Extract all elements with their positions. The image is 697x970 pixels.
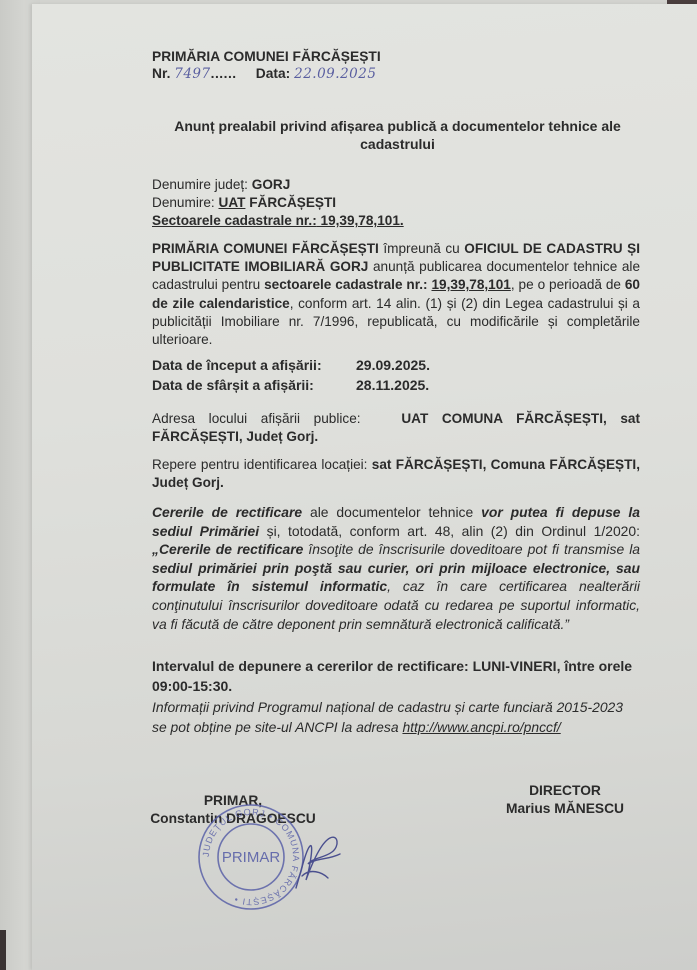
end-date-label: Data de sfârșit a afișării: <box>152 375 356 395</box>
uat-label: Denumire: <box>152 195 215 210</box>
text: și, totodată, conform art. 48, alin (2) … <box>259 523 640 539</box>
background-edge <box>0 930 6 970</box>
text-bold: PRIMĂRIA COMUNEI FĂRCĂȘEȘTI <box>152 241 379 256</box>
county-value: GORJ <box>252 177 291 192</box>
institution-name: PRIMĂRIA COMUNEI FĂRCĂȘEȘTI <box>152 48 640 65</box>
sectors-value: 19,39,78,101. <box>321 213 404 228</box>
text-bold-italic: Cererile de rectificare <box>159 541 303 557</box>
start-date-value: 29.09.2025. <box>356 355 430 375</box>
stamp-center-text: PRIMAR <box>222 849 281 866</box>
text-bold-italic: Cererile de rectificare <box>152 504 302 520</box>
dots: ...... <box>211 66 237 81</box>
sectors-number: 19,39,78,101 <box>431 277 510 292</box>
registration-line: Nr. 7497...... Data: 22.09.2025 <box>152 65 640 83</box>
sectors-line: Sectoarele cadastrale nr.: 19,39,78,101. <box>152 212 640 230</box>
start-date-label: Data de început a afișării: <box>152 355 356 375</box>
document-title: Anunț prealabil privind afișarea publică… <box>160 117 635 153</box>
document-header: PRIMĂRIA COMUNEI FĂRCĂȘEȘTI Nr. 7497....… <box>152 48 640 83</box>
registration-number: 7497 <box>174 66 210 82</box>
date-label: Data: <box>256 66 291 81</box>
ancpi-link[interactable]: http://www.ancpi.ro/pnccf/ <box>402 719 560 735</box>
director-signature-block: DIRECTOR Marius MĂNESCU <box>505 782 625 818</box>
text: ale documentelor tehnice <box>302 504 481 520</box>
landmarks-label: Repere pentru identificarea locației: <box>152 457 367 472</box>
text-italic: însoţite de înscrisurile doveditoare pot… <box>303 541 640 557</box>
info-paragraph: Informații privind Programul național de… <box>152 697 640 737</box>
sectors-label: Sectoarele cadastrale nr.: <box>152 213 317 228</box>
display-dates: Data de început a afișării: 29.09.2025. … <box>152 355 640 395</box>
end-date-row: Data de sfârșit a afișării: 28.11.2025. <box>152 375 640 395</box>
text: , pe o perioadă de <box>511 277 625 292</box>
start-date-row: Data de început a afișării: 29.09.2025. <box>152 355 640 375</box>
uat-line: Denumire: UAT FĂRCĂȘEȘTI <box>152 194 640 212</box>
address-paragraph: Adresa locului afișării publice: UAT COM… <box>152 410 640 446</box>
text: împreună cu <box>379 241 464 256</box>
county-label: Denumire județ: <box>152 177 248 192</box>
identification-block: Denumire județ: GORJ Denumire: UAT FĂRCĂ… <box>152 176 640 231</box>
registration-date: 22.09.2025 <box>294 66 376 82</box>
county-line: Denumire județ: GORJ <box>152 176 640 194</box>
quote-mark: „ <box>152 541 159 557</box>
end-date-value: 28.11.2025. <box>356 375 429 395</box>
uat-value: FĂRCĂȘEȘTI <box>249 195 336 210</box>
rectification-paragraph: Cererile de rectificare ale documentelor… <box>152 503 640 633</box>
announcement-paragraph: PRIMĂRIA COMUNEI FĂRCĂȘEȘTI împreună cu … <box>152 240 640 349</box>
address-label: Adresa locului afișării publice: <box>152 411 361 426</box>
nr-label: Nr. <box>152 66 170 81</box>
director-title: DIRECTOR <box>505 782 625 800</box>
handwritten-signature <box>288 828 348 898</box>
submission-interval: Intervalul de depunere a cererilor de re… <box>152 656 640 696</box>
director-name: Marius MĂNESCU <box>505 800 625 818</box>
landmarks-paragraph: Repere pentru identificarea locației: sa… <box>152 456 640 492</box>
uat-prefix: UAT <box>219 195 246 210</box>
text-bold: sectoarele cadastrale nr.: <box>264 277 427 292</box>
